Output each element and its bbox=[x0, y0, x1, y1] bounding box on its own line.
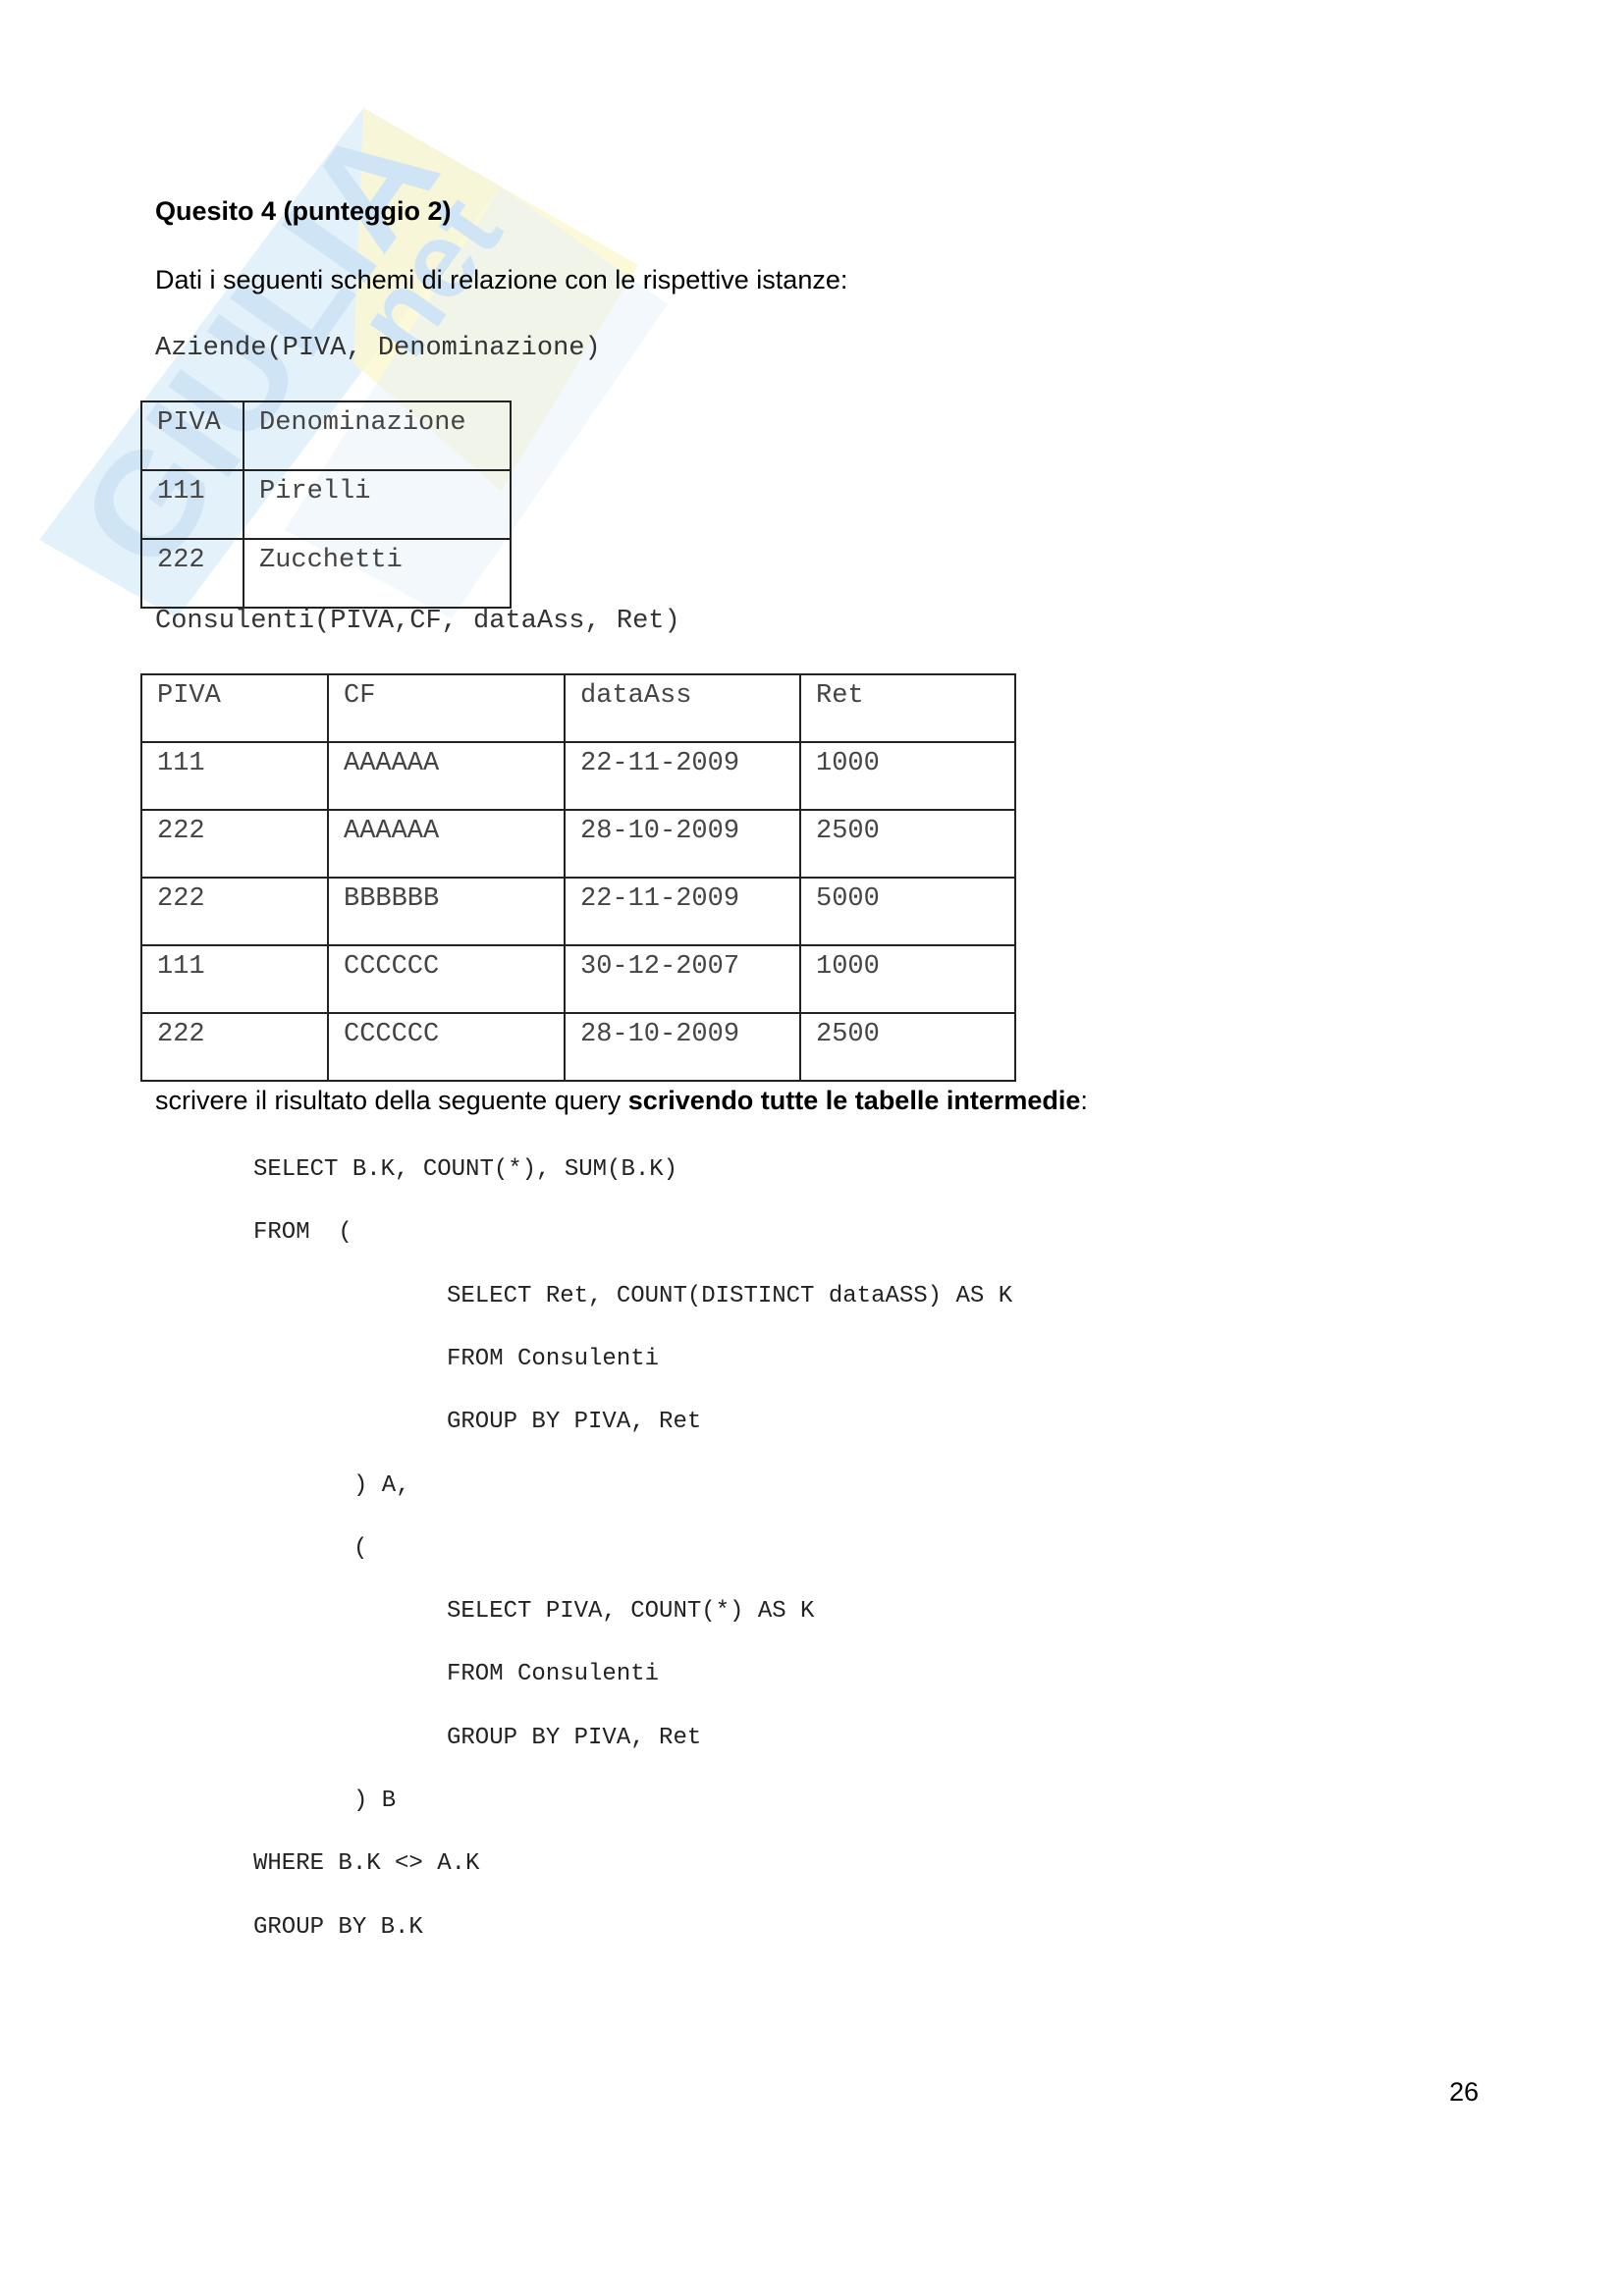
table-row: 222AAAAAA28-10-20092500 bbox=[141, 810, 1015, 878]
query-line: GROUP BY PIVA, Ret bbox=[447, 1725, 701, 1751]
instruction-bold: scrivendo tutte le tabelle intermedie bbox=[628, 1086, 1081, 1115]
table-header-cell: PIVA bbox=[141, 674, 328, 742]
table-cell: AAAAAA bbox=[328, 810, 565, 878]
table-cell: 5000 bbox=[800, 878, 1015, 945]
table-header-row: PIVADenominazione bbox=[141, 401, 511, 470]
query-line: WHERE B.K <> A.K bbox=[253, 1850, 479, 1877]
intro-text: Dati i seguenti schemi di relazione con … bbox=[155, 265, 847, 295]
table-header-cell: PIVA bbox=[141, 401, 244, 470]
query-line: ( bbox=[353, 1535, 367, 1562]
query-line: SELECT PIVA, COUNT(*) AS K bbox=[447, 1598, 814, 1625]
table-cell: 2500 bbox=[800, 810, 1015, 878]
query-line: ) B bbox=[353, 1788, 396, 1814]
table-cell: 1000 bbox=[800, 742, 1015, 810]
question-title: Quesito 4 (punteggio 2) bbox=[155, 196, 452, 227]
table-cell: 111 bbox=[141, 742, 328, 810]
table-cell: 222 bbox=[141, 1013, 328, 1081]
table-cell: 222 bbox=[141, 539, 244, 608]
table-row: 111Pirelli bbox=[141, 470, 511, 539]
table-cell: AAAAAA bbox=[328, 742, 565, 810]
table-row: 111CCCCCC30-12-20071000 bbox=[141, 945, 1015, 1013]
table-cell: 1000 bbox=[800, 945, 1015, 1013]
page-number: 26 bbox=[1449, 2077, 1479, 2108]
table-cell: 22-11-2009 bbox=[565, 742, 800, 810]
table-cell: BBBBBB bbox=[328, 878, 565, 945]
table-header-cell: Ret bbox=[800, 674, 1015, 742]
consulenti-schema: Consulenti(PIVA,CF, dataAss, Ret) bbox=[155, 607, 680, 636]
query-line: ) A, bbox=[353, 1472, 410, 1499]
table-row: 222CCCCCC28-10-20092500 bbox=[141, 1013, 1015, 1081]
table-row: 111AAAAAA22-11-20091000 bbox=[141, 742, 1015, 810]
consulenti-table: PIVACFdataAssRet111AAAAAA22-11-200910002… bbox=[140, 673, 1016, 1082]
table-cell: 111 bbox=[141, 470, 244, 539]
table-cell: Pirelli bbox=[244, 470, 511, 539]
aziende-schema: Aziende(PIVA, Denominazione) bbox=[155, 334, 601, 363]
query-line: FROM Consulenti bbox=[447, 1346, 659, 1372]
table-cell: CCCCCC bbox=[328, 1013, 565, 1081]
table-header-row: PIVACFdataAssRet bbox=[141, 674, 1015, 742]
query-line: GROUP BY PIVA, Ret bbox=[447, 1409, 701, 1435]
query-line: FROM ( bbox=[253, 1219, 352, 1246]
instruction-text: scrivere il risultato della seguente que… bbox=[155, 1086, 1088, 1116]
table-cell: 222 bbox=[141, 810, 328, 878]
table-header-cell: dataAss bbox=[565, 674, 800, 742]
query-line: GROUP BY B.K bbox=[253, 1914, 423, 1941]
table-cell: Zucchetti bbox=[244, 539, 511, 608]
table-cell: 22-11-2009 bbox=[565, 878, 800, 945]
query-line: FROM Consulenti bbox=[447, 1661, 659, 1687]
table-cell: 222 bbox=[141, 878, 328, 945]
aziende-table: PIVADenominazione111Pirelli222Zucchetti bbox=[140, 400, 512, 609]
table-header-cell: CF bbox=[328, 674, 565, 742]
query-line: SELECT B.K, COUNT(*), SUM(B.K) bbox=[253, 1156, 677, 1183]
table-row: 222BBBBBB22-11-20095000 bbox=[141, 878, 1015, 945]
table-header-cell: Denominazione bbox=[244, 401, 511, 470]
table-cell: 28-10-2009 bbox=[565, 1013, 800, 1081]
table-cell: 111 bbox=[141, 945, 328, 1013]
table-cell: CCCCCC bbox=[328, 945, 565, 1013]
table-cell: 30-12-2007 bbox=[565, 945, 800, 1013]
table-row: 222Zucchetti bbox=[141, 539, 511, 608]
query-line: SELECT Ret, COUNT(DISTINCT dataASS) AS K bbox=[447, 1283, 1012, 1309]
table-cell: 2500 bbox=[800, 1013, 1015, 1081]
table-cell: 28-10-2009 bbox=[565, 810, 800, 878]
